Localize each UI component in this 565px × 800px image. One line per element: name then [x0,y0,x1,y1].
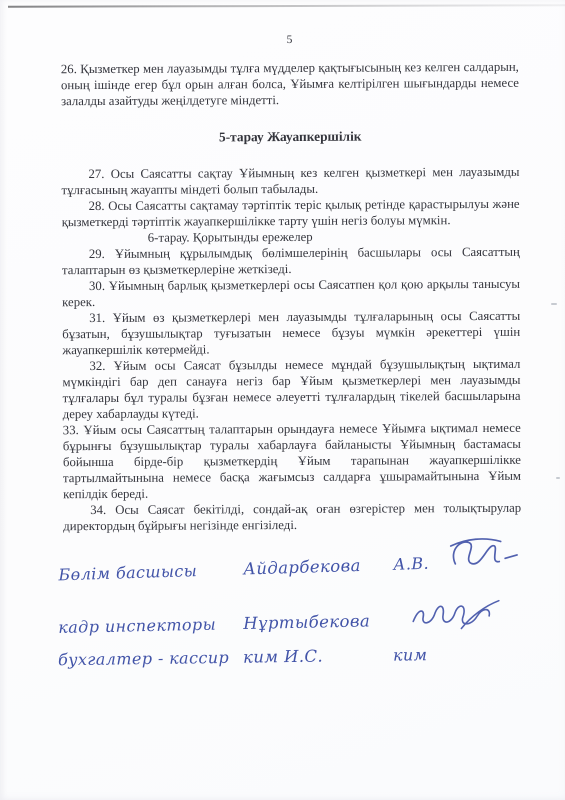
page-number: 5 [61,31,519,49]
document-paragraph: 28. Осы Саясатты сақтамау тәртіптік тері… [62,196,520,230]
scanned-document-page: 5 26. Қызметкер мен лауазымды тұлға мүдд… [0,0,565,800]
signature-flourish-icon [411,596,502,638]
signature-name: ким И.С. [243,646,393,667]
signature-name: Айдарбекова [243,555,394,579]
document-paragraph: 31. Ұйым өз қызметкерлері мен лауазымды … [62,308,520,358]
signature-title: бухгалтер - кассир [58,648,243,670]
signature-row: Бөлім басшысы Айдарбекова А.В. [57,528,528,585]
signature-row: бухгалтер - кассир ким И.С. ким [58,644,528,670]
signature-initials: ким [393,645,428,664]
document-paragraph: 29. Ұйымның құрылымдық бөлімшелерінің ба… [62,244,520,278]
scan-speck [551,303,557,305]
signature-title: кадр инспекторы [58,614,243,637]
document-body: 26. Қызметкер мен лауазымды тұлға мүддел… [61,59,521,534]
document-paragraph: 33. Ұйым осы Саясаттың талаптарын орында… [63,420,521,502]
signature-name: Нұртыбекова [243,611,393,633]
signature-title: Бөлім басшысы [58,560,244,585]
scan-speck [556,477,560,479]
signature-initials: А.В. [393,554,429,574]
signature-flourish-icon [446,536,519,580]
signature-row: кадр инспекторы Нұртыбекова [58,587,529,637]
document-paragraph: 30. Ұйымның барлық қызметкерлері осы Сая… [62,276,520,310]
document-paragraph: 27. Осы Саясатты сақтау Ұйымның кез келг… [61,164,519,198]
document-content: 5 26. Қызметкер мен лауазымды тұлға мүдд… [61,31,522,534]
signature-block: Бөлім басшысы Айдарбекова А.В. кадр инсп… [58,535,528,681]
scanner-edge-artifact [8,4,565,7]
document-paragraph: 32. Ұйым осы Саясат бұзылды немесе мұнда… [62,356,520,422]
document-heading: 5-тарау Жауапкершілік [61,128,519,146]
document-paragraph: 26. Қызметкер мен лауазымды тұлға мүддел… [61,59,519,109]
